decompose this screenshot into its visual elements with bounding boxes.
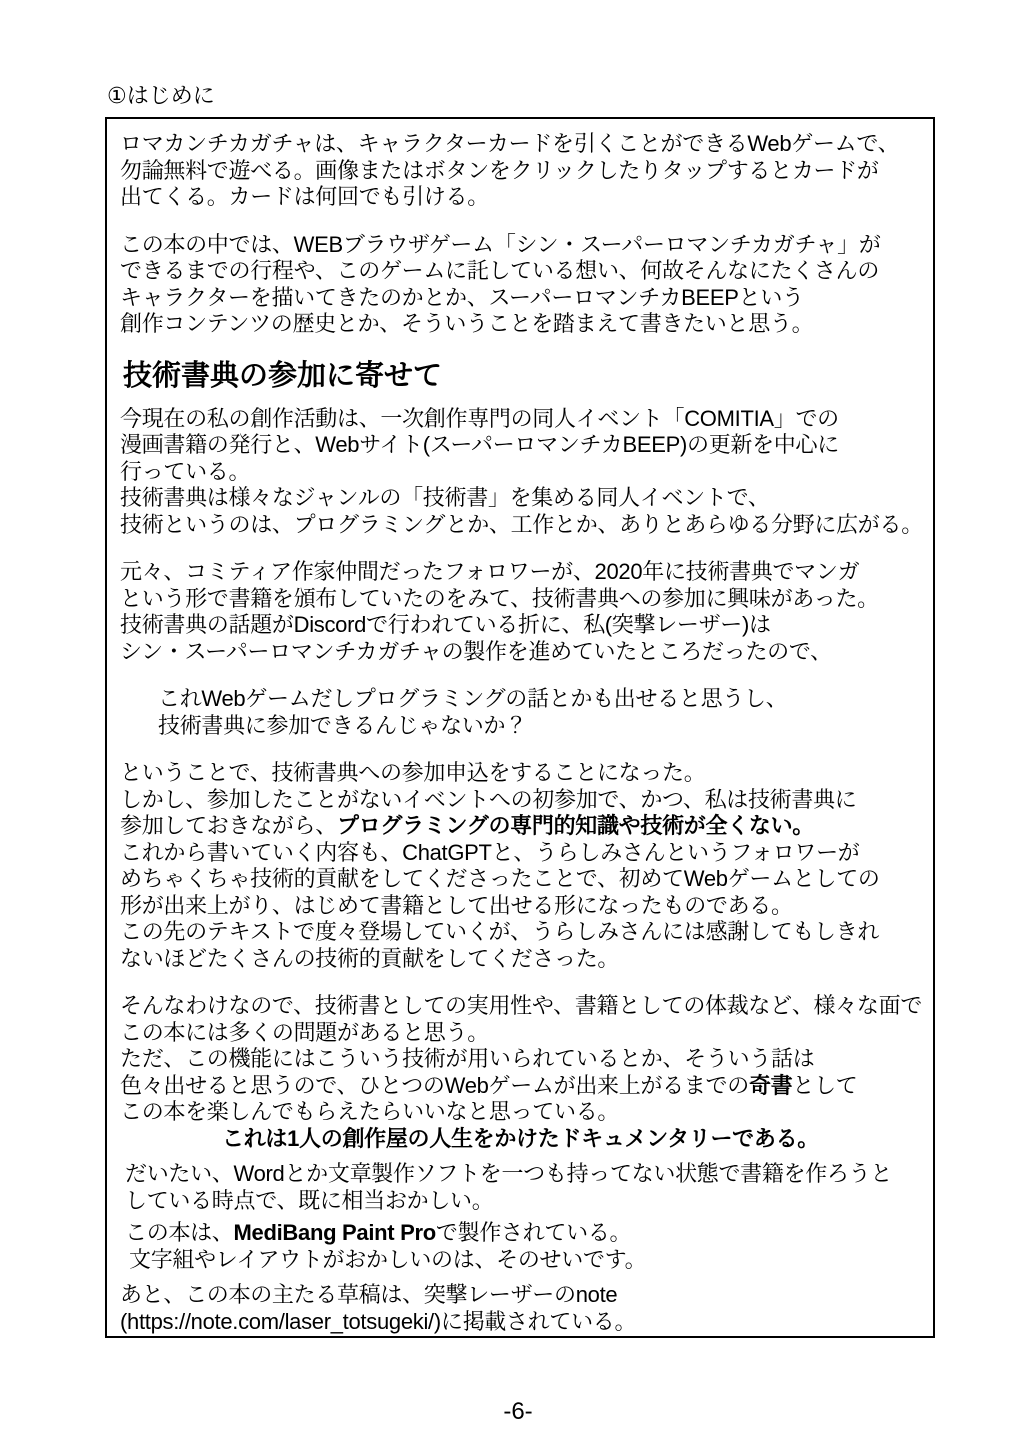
- text-line: この本の中では、WEBブラウザゲーム「シン・スーパーロマンチカガチャ」が: [120, 232, 921, 259]
- text-line: これWebゲームだしプログラミングの話とかも出せると思うし、: [158, 686, 921, 713]
- text-line: 漫画書籍の発行と、Webサイト(スーパーロマンチカBEEP)の更新を中心に: [120, 432, 921, 459]
- text-line: という形で書籍を頒布していたのをみて、技術書典への参加に興味があった。: [120, 586, 921, 613]
- text-line: 技術書典は様々なジャンルの「技術書」を集める同人イベントで、: [120, 485, 921, 512]
- paragraph-interest-origin: 元々、コミティア作家仲間だったフォロワーが、2020年に技術書典でマンガ という…: [120, 559, 921, 665]
- text-line: そんなわけなので、技術書としての実用性や、書籍としての体裁など、様々な面で: [120, 993, 921, 1020]
- text-segment: で製作されている。: [436, 1220, 631, 1245]
- documentary-statement: これは1人の創作屋の人生をかけたドキュメンタリーである。: [120, 1126, 921, 1153]
- text-line: できるまでの行程や、このゲームに託している想い、何故そんなにたくさんの: [120, 258, 921, 285]
- text-line: シン・スーパーロマンチカガチャの製作を進めていたところだったので、: [120, 639, 921, 666]
- text-line: この先のテキストで度々登場していくが、うらしみさんには感謝してもしきれ: [120, 919, 921, 946]
- text-line: ロマカンチカガチャは、キャラクターカードを引くことができるWebゲームで、: [120, 131, 921, 158]
- text-segment: 色々出せると思うので、ひとつのWebゲームが出来上がるまでの: [120, 1073, 749, 1098]
- text-segment: 参加しておきながら、: [120, 813, 337, 838]
- bold-text-segment: MediBang Paint Pro: [234, 1220, 436, 1245]
- paragraph-application: ということで、技術書典への参加申込をすることになった。 しかし、参加したことがな…: [120, 760, 921, 972]
- bold-text-segment: 奇書: [749, 1073, 792, 1098]
- text-line: 色々出せると思うので、ひとつのWebゲームが出来上がるまでの奇書として: [120, 1073, 921, 1100]
- text-line: 技術書典に参加できるんじゃないか？: [158, 713, 921, 740]
- text-line: 出てくる。カードは何回でも引ける。: [120, 184, 921, 211]
- text-line: 行っている。: [120, 459, 921, 486]
- page-number: -6-: [0, 1398, 1036, 1426]
- text-line: これから書いていく内容も、ChatGPTと、うらしみさんというフォロワーが: [120, 840, 921, 867]
- text-line: この本には多くの問題があると思う。: [120, 1020, 921, 1047]
- text-segment: として: [792, 1073, 857, 1098]
- text-line: 参加しておきながら、プログラミングの専門的知識や技術が全くない。: [120, 813, 921, 840]
- section-heading: 技術書典の参加に寄せて: [123, 359, 921, 393]
- text-line: この本は、noteに記した草稿を、書籍の形にまとめ直したものである。: [120, 1335, 921, 1338]
- text-line: ということで、技術書典への参加申込をすることになった。: [120, 760, 921, 787]
- paragraph-current-activity: 今現在の私の創作活動は、一次創作専門の同人イベント「COMITIA」での 漫画書…: [120, 406, 921, 539]
- text-line: 技術書典の話題がDiscordで行われている折に、私(突撃レーザー)は: [120, 612, 921, 639]
- text-line: している時点で、既に相当おかしい。: [125, 1188, 921, 1215]
- text-line: だいたい、Wordとか文章製作ソフトを一つも持ってない状態で書籍を作ろうと: [125, 1161, 921, 1188]
- text-line: ただ、この機能にはこういう技術が用いられているとか、そういう話は: [120, 1046, 921, 1073]
- paragraph-inner-thought: これWebゲームだしプログラミングの話とかも出せると思うし、 技術書典に参加でき…: [158, 686, 921, 739]
- text-line: この本は、MediBang Paint Proで製作されている。: [125, 1220, 921, 1247]
- text-line: 勿論無料で遊べる。画像またはボタンをクリックしたりタップするとカードが: [120, 158, 921, 185]
- paragraph-disclaimer: そんなわけなので、技術書としての実用性や、書籍としての体裁など、様々な面で この…: [120, 993, 921, 1152]
- text-line: 元々、コミティア作家仲間だったフォロワーが、2020年に技術書典でマンガ: [120, 559, 921, 586]
- text-line: 技術というのは、プログラミングとか、工作とか、ありとあらゆる分野に広がる。: [120, 512, 921, 539]
- paragraph-book-purpose: この本の中では、WEBブラウザゲーム「シン・スーパーロマンチカガチャ」が できる…: [120, 232, 921, 338]
- content-frame: ロマカンチカガチャは、キャラクターカードを引くことができるWebゲームで、 勿論…: [105, 117, 935, 1338]
- paragraph-note-source: あと、この本の主たる草稿は、突撃レーザーのnote (https://note.…: [120, 1282, 921, 1338]
- text-line: この本を楽しんでもらえたらいいなと思っている。: [120, 1099, 921, 1126]
- section-label: ①はじめに: [107, 84, 215, 108]
- page: { "colors": { "ink": "#000000", "backgro…: [0, 0, 1036, 1450]
- text-line: ないほどたくさんの技術的貢献をしてくださった。: [120, 946, 921, 973]
- text-line: めちゃくちゃ技術的貢献をしてくださったことで、初めてWebゲームとしての: [120, 866, 921, 893]
- text-line: キャラクターを描いてきたのかとか、スーパーロマンチカBEEPという: [120, 285, 921, 312]
- text-segment: この本は、: [125, 1220, 234, 1245]
- paragraph-intro-game: ロマカンチカガチャは、キャラクターカードを引くことができるWebゲームで、 勿論…: [120, 131, 921, 211]
- text-line: 文字組やレイアウトがおかしいのは、そのせいです。: [129, 1247, 921, 1274]
- text-line: しかし、参加したことがないイベントへの初参加で、かつ、私は技術書典に: [120, 787, 921, 814]
- text-line: 今現在の私の創作活動は、一次創作専門の同人イベント「COMITIA」での: [120, 406, 921, 433]
- text-line: (https://note.com/laser_totsugeki/)に掲載され…: [120, 1309, 921, 1336]
- paragraph-software: だいたい、Wordとか文章製作ソフトを一つも持ってない状態で書籍を作ろうと して…: [125, 1161, 921, 1273]
- text-line: 創作コンテンツの歴史とか、そういうことを踏まえて書きたいと思う。: [120, 311, 921, 338]
- text-line: あと、この本の主たる草稿は、突撃レーザーのnote: [120, 1282, 921, 1309]
- text-line: 形が出来上がり、はじめて書籍として出せる形になったものである。: [120, 893, 921, 920]
- bold-text-segment: プログラミングの専門的知識や技術が全くない。: [337, 813, 814, 838]
